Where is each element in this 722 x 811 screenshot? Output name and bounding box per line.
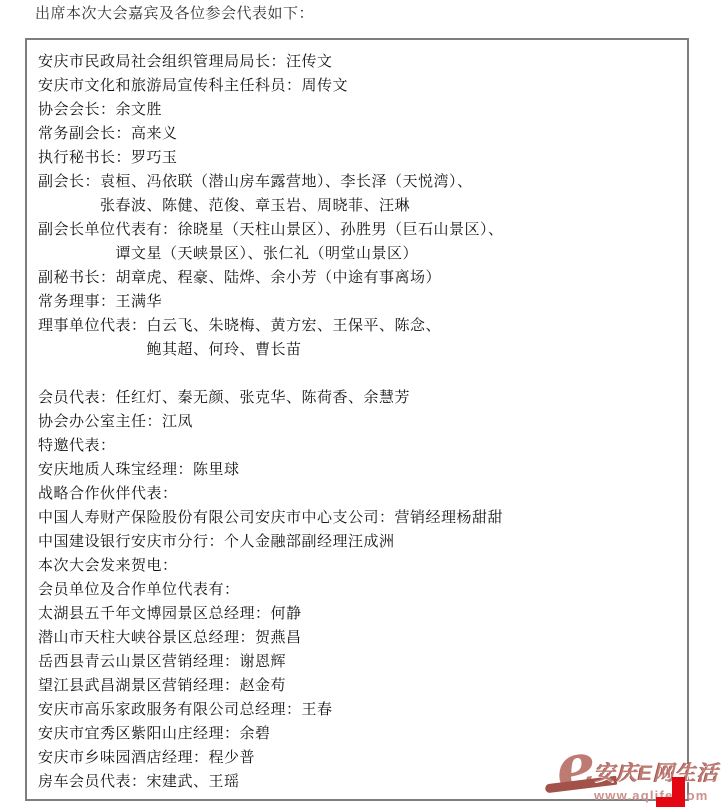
text-line: 执行秘书长：罗巧玉 — [38, 146, 677, 170]
text-line: 副会长单位代表有：徐晓星（天柱山景区）、孙胜男（巨石山景区）、 — [38, 218, 677, 242]
document-page: 出席本次大会嘉宾及各位参会代表如下： 安庆市民政局社会组织管理局局长：汪传文安庆… — [0, 0, 722, 811]
text-line: 岳西县青云山景区营销经理：谢恩辉 — [38, 650, 677, 674]
text-line: 安庆市乡味园酒店经理：程少普 — [38, 746, 677, 770]
text-line: 中国建设银行安庆市分行：个人金融部副经理汪成洲 — [38, 530, 677, 554]
text-line: 望江县武昌湖景区营销经理：赵金苟 — [38, 674, 677, 698]
text-line: 常务副会长：高来义 — [38, 122, 677, 146]
text-line: 太湖县五千年文博园景区总经理：何静 — [38, 602, 677, 626]
text-line: 中国人寿财产保险股份有限公司安庆市中心支公司：营销经理杨甜甜 — [38, 506, 677, 530]
text-line: 战略合作伙伴代表： — [38, 482, 677, 506]
text-line: 副秘书长：胡章虎、程豪、陆烨、余小芳（中途有事离场） — [38, 266, 677, 290]
text-line: 潜山市天柱大峡谷景区总经理：贺燕昌 — [38, 626, 677, 650]
text-line: 协会会长：余文胜 — [38, 98, 677, 122]
text-line: 安庆市民政局社会组织管理局局长：汪传文 — [38, 50, 677, 74]
text-line — [38, 362, 677, 386]
text-line: 会员代表：任红灯、秦无颜、张克华、陈荷香、余慧芳 — [38, 386, 677, 410]
attendee-list-box: 安庆市民政局社会组织管理局局长：汪传文安庆市文化和旅游局宣传科主任科员：周传文协… — [25, 38, 689, 801]
text-line: 特邀代表： — [38, 434, 677, 458]
text-line: 安庆市高乐家政服务有限公司总经理：王春 — [38, 698, 677, 722]
text-line: 安庆市文化和旅游局宣传科主任科员：周传文 — [38, 74, 677, 98]
text-line: 本次大会发来贺电： — [38, 554, 677, 578]
text-line: 张春波、陈健、范俊、章玉岩、周晓菲、汪琳 — [38, 194, 677, 218]
text-line: 理事单位代表：白云飞、朱晓梅、黄方宏、王保平、陈念、 — [38, 314, 677, 338]
text-line: 会员单位及合作单位代表有： — [38, 578, 677, 602]
text-line: 安庆地质人珠宝经理：陈里球 — [38, 458, 677, 482]
text-line: 常务理事：王满华 — [38, 290, 677, 314]
attendee-list: 安庆市民政局社会组织管理局局长：汪传文安庆市文化和旅游局宣传科主任科员：周传文协… — [27, 40, 687, 794]
text-line: 协会办公室主任：江凤 — [38, 410, 677, 434]
text-line: 房车会员代表：宋建武、王瑶 — [38, 770, 677, 794]
page-title: 出席本次大会嘉宾及各位参会代表如下： — [35, 3, 314, 25]
text-line: 鲍其超、何玲、曹长苗 — [38, 338, 677, 362]
text-line: 副会长：袁桓、冯依联（潜山房车露营地）、李长泽（天悦湾）、 — [38, 170, 677, 194]
text-line: 安庆市宜秀区紫阳山庄经理：余碧 — [38, 722, 677, 746]
text-line: 谭文星（天峡景区）、张仁礼（明堂山景区） — [38, 242, 677, 266]
